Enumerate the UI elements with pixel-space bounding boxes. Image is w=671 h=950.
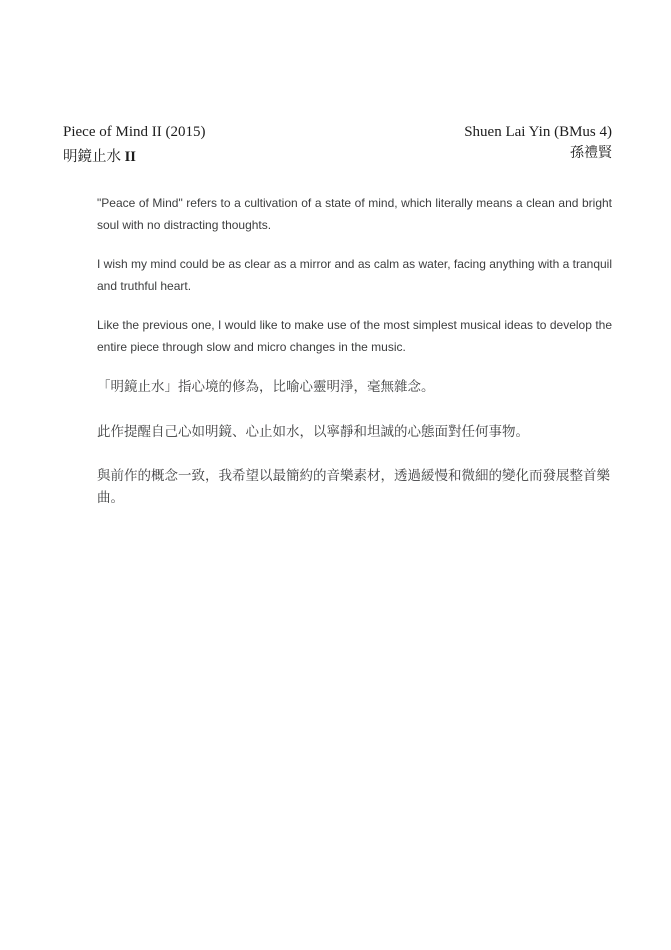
program-note-paragraph-zh: 此作提醒自己心如明鏡、心止如水，以寧靜和坦誠的心態面對任何事物。 [97, 421, 612, 443]
piece-title-chinese-text: 明鏡止水 [63, 149, 121, 165]
document-page: Piece of Mind II (2015) 明鏡止水 II Shuen La… [0, 0, 671, 950]
piece-title-block: Piece of Mind II (2015) 明鏡止水 II [63, 120, 205, 170]
program-note-paragraph-en: I wish my mind could be as clear as a mi… [97, 254, 612, 297]
program-note-body: "Peace of Mind" refers to a cultivation … [97, 193, 612, 508]
page-content: Piece of Mind II (2015) 明鏡止水 II Shuen La… [63, 120, 612, 531]
program-note-paragraph-zh: 「明鏡止水」指心境的修為，比喻心靈明淨，毫無雜念。 [97, 376, 612, 398]
program-note-chinese-section: 「明鏡止水」指心境的修為，比喻心靈明淨，毫無雜念。 此作提醒自己心如明鏡、心止如… [97, 376, 612, 508]
piece-title-english: Piece of Mind II (2015) [63, 120, 205, 145]
piece-title-chinese: 明鏡止水 II [63, 145, 205, 170]
piece-title-chinese-numeral: II [125, 149, 136, 165]
program-note-paragraph-zh: 與前作的概念一致，我希望以最簡約的音樂素材，透過緩慢和微細的變化而發展整首樂曲。 [97, 465, 612, 508]
document-header: Piece of Mind II (2015) 明鏡止水 II Shuen La… [63, 120, 612, 170]
composer-name-chinese: 孫禮賢 [464, 143, 612, 165]
composer-name-english: Shuen Lai Yin (BMus 4) [464, 121, 612, 143]
program-note-paragraph-en: "Peace of Mind" refers to a cultivation … [97, 193, 612, 236]
composer-block: Shuen Lai Yin (BMus 4) 孫禮賢 [464, 120, 612, 165]
program-note-english-section: "Peace of Mind" refers to a cultivation … [97, 193, 612, 358]
program-note-paragraph-en: Like the previous one, I would like to m… [97, 315, 612, 358]
